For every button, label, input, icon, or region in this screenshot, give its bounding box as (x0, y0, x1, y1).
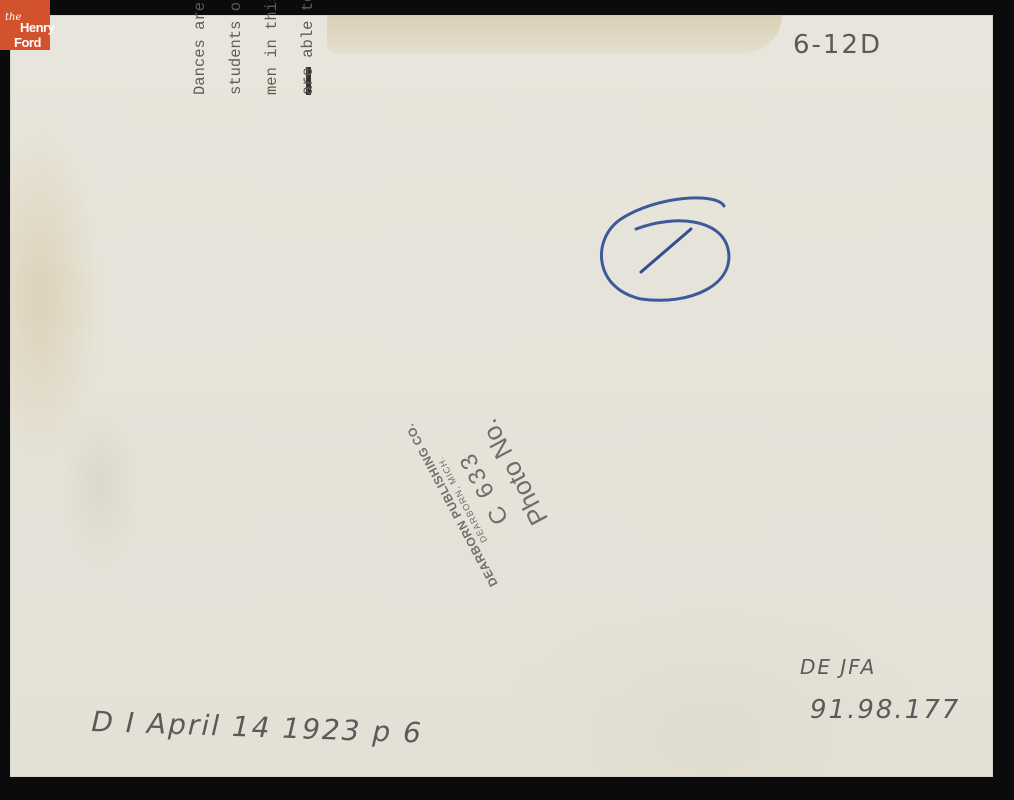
catalog-code: DE JFA (800, 655, 876, 679)
caption-line-2: students orchestra supplying the music. … (218, 0, 254, 95)
caption-line-3-text: men in this orchestra are totally blind … (263, 0, 281, 95)
struck-word-line4: are (299, 67, 317, 95)
caption-line-4-text: able to see well enough to read. (299, 0, 317, 58)
logo-the: the (5, 12, 21, 23)
caption-line-1: Dances are held every Monday and Thursda… (182, 0, 218, 95)
caption-line-2-text: students orchestra supplying the music. (227, 0, 245, 95)
caption-line-3: men in this orchestra are totally blind … (254, 0, 290, 95)
logo-ford: Ford (14, 35, 41, 50)
catalog-number: 91.98.177 (810, 695, 960, 725)
circled-number-icon (596, 194, 736, 314)
caption-line-4: are able to see well enough to read. (290, 0, 326, 95)
tape-stain (327, 15, 782, 53)
logo-henry: Henry (20, 20, 54, 35)
henry-ford-logo: the Henry Ford (0, 0, 50, 50)
reference-code: 6-12D (793, 30, 882, 60)
